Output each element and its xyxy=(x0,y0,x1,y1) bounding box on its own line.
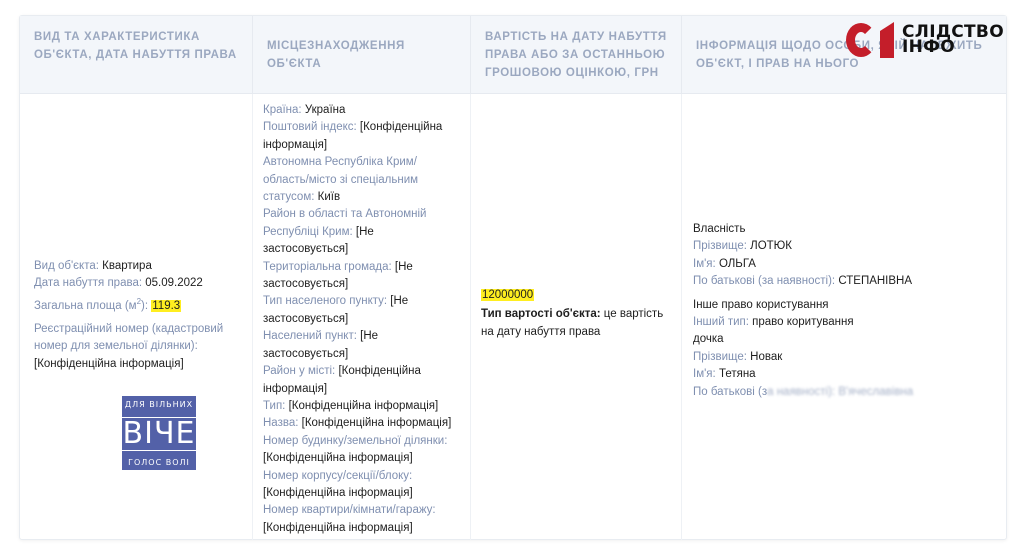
table-row: Вид об'єкта: Квартира Дата набуття права… xyxy=(20,94,1006,540)
location-item: Назва: [Конфіденційна інформація] xyxy=(263,415,462,432)
location-item: Район у місті: [Конфіденційна інформація… xyxy=(263,363,462,398)
location-item: Країна: Україна xyxy=(263,102,462,119)
slidstvo-info-logo: СЛІДСТВО ІНФО xyxy=(846,20,1004,60)
object-type-value: Квартира xyxy=(102,260,152,272)
owner-name: ОЛЬГА xyxy=(719,258,756,270)
object-type-label: Вид об'єкта: xyxy=(34,260,99,272)
area-label: Загальна площа (м2): xyxy=(34,300,148,312)
location-item: Населений пункт: [Не застосовується] xyxy=(263,328,462,363)
value-type-label: Тип вартості об'єкта: xyxy=(481,308,601,320)
other-type-value: право коритування xyxy=(752,316,853,328)
location-item: Номер квартири/кімнати/гаражу: [Конфіден… xyxy=(263,502,462,537)
location-item: Номер будинку/земельної ділянки: [Конфід… xyxy=(263,433,462,468)
header-location: Місцезнаходження об'єкта xyxy=(253,16,471,93)
location-item: Територіальна громада: [Не застосовуєтьс… xyxy=(263,259,462,294)
user-patronymic-obscured: а наявності): В'ячеславівна xyxy=(767,386,913,398)
location-item: Район в області та Автономній Республіці… xyxy=(263,206,462,258)
location-cell: Країна: УкраїнаПоштовий індекс: [Конфіде… xyxy=(253,94,471,540)
location-item: Тип населеного пункту: [Не застосовуєтьс… xyxy=(263,293,462,328)
value-cell: 12000000 Тип вартості об'єкта: це вартіс… xyxy=(471,94,682,540)
reg-label: Реєстраційний номер (кадастровий номер д… xyxy=(34,323,223,352)
location-item: Тип: [Конфіденційна інформація] xyxy=(263,398,462,415)
location-item: Поштовий індекс: [Конфіденційна інформац… xyxy=(263,119,462,154)
location-item: Номер корпусу/секції/блоку: [Конфіденцій… xyxy=(263,468,462,503)
right-type-1: Власність xyxy=(693,221,998,238)
slidstvo-logo-icon xyxy=(846,20,894,60)
right-type-2: Інше право користування xyxy=(693,297,998,314)
user-surname: Новак xyxy=(750,351,782,363)
viche-logo: ДЛЯ ВІЛЬНИХ ВІЧЕ ГОЛОС ВОЛІ xyxy=(122,396,196,470)
object-cell: Вид об'єкта: Квартира Дата набуття права… xyxy=(20,94,253,540)
header-object: Вид та характеристика об'єкта, дата набу… xyxy=(20,16,253,93)
owner-surname: ЛОТЮК xyxy=(750,240,792,252)
declaration-table: Вид та характеристика об'єкта, дата набу… xyxy=(19,15,1007,540)
user-name: Тетяна xyxy=(719,368,756,380)
reg-value: [Конфіденційна інформація] xyxy=(34,358,184,370)
value-amount: 12000000 xyxy=(481,289,534,301)
owner-cell: Власність Прізвище: ЛОТЮК Ім'я: ОЛЬГА По… xyxy=(682,94,1006,540)
header-value: Вартість на дату набуття права або за ос… xyxy=(471,16,682,93)
relation: дочка xyxy=(693,331,998,348)
owner-patronymic: СТЕПАНІВНА xyxy=(838,275,912,287)
date-label: Дата набуття права: xyxy=(34,277,142,289)
date-value: 05.09.2022 xyxy=(145,277,203,289)
area-value: 119.3 xyxy=(151,300,181,312)
location-item: Автономна Республіка Крим/ область/місто… xyxy=(263,154,462,206)
